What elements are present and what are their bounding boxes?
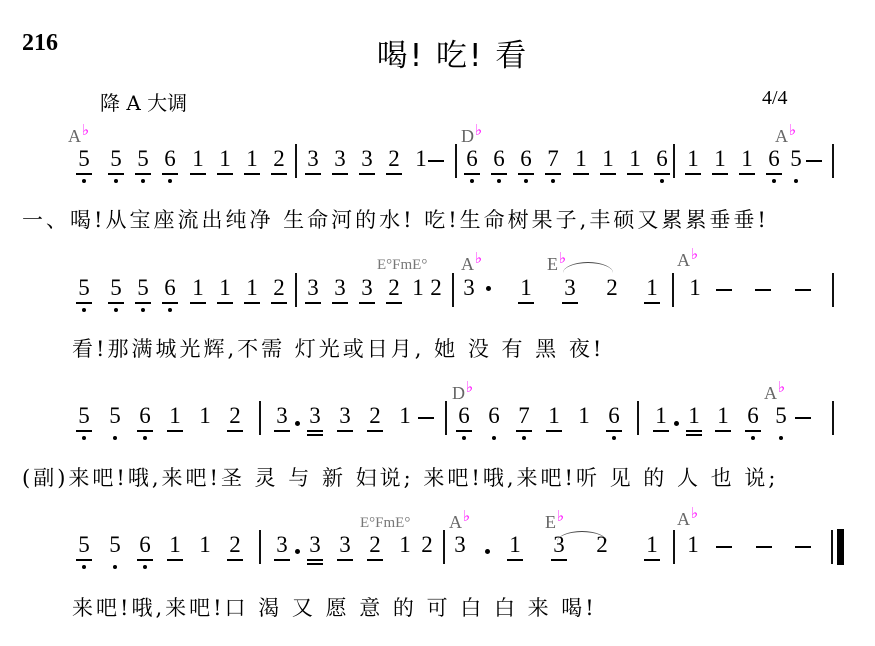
underline-eighth [518,302,534,304]
note-degree: 2 [369,403,381,428]
note: 2 [383,275,405,301]
note: 5 [105,146,127,172]
underline-eighth [685,173,701,175]
underline-eighth [274,559,290,561]
note: 7 [542,146,564,172]
underline-eighth [244,302,260,304]
note: 1 [194,403,216,429]
note: 6 [461,146,483,172]
note-degree: 2 [606,275,618,300]
note-degree: 1 [646,275,658,300]
note: 5 [104,532,126,558]
sustain-dash [806,160,822,162]
passing-chords: E°FmE° [377,257,427,274]
octave-down-dot [462,436,466,440]
underline-eighth [307,430,323,432]
underline-eighth [359,173,375,175]
underline-eighth [739,173,755,175]
chord-symbol: A♭ [764,383,785,404]
octave-down-dot [82,565,86,569]
underline-eighth [227,559,243,561]
barline [295,144,297,178]
barline [443,530,445,564]
note: 6 [483,403,505,429]
note-degree: 1 [169,532,181,557]
note-degree: 1 [688,403,700,428]
octave-down-dot [522,436,526,440]
note: 6 [515,146,537,172]
octave-down-dot [113,565,117,569]
note: 5 [73,532,95,558]
barline [452,273,454,307]
underline-eighth [135,173,151,175]
note: 1 [214,275,236,301]
note-degree: 2 [388,275,400,300]
note-degree: 1 [399,532,411,557]
note: 6 [134,403,156,429]
underline-eighth [162,302,178,304]
note-degree: 2 [430,275,442,300]
note-degree: 1 [578,403,590,428]
slur-tie [563,262,613,273]
barline [672,273,674,307]
note: 1 [573,403,595,429]
note: 5 [132,146,154,172]
chord-root: D [452,383,465,403]
note: 3 [271,532,293,558]
chord-root: A [68,126,81,146]
underline-eighth [644,559,660,561]
underline-eighth [190,173,206,175]
underline-eighth [190,302,206,304]
note: 6 [159,275,181,301]
underline-eighth [108,173,124,175]
note-degree: 6 [139,403,151,428]
note-degree: 1 [655,403,667,428]
note: 1 [241,146,263,172]
note-degree: 1 [246,275,258,300]
note-degree: 6 [768,146,780,171]
note-degree: 1 [246,146,258,171]
note: 1 [570,146,592,172]
underline-eighth [686,430,702,432]
note-degree: 7 [518,403,530,428]
note-degree: 6 [493,146,505,171]
underline-eighth [654,173,670,175]
flat-icon: ♭ [559,251,566,267]
chord-symbol: A♭ [677,250,698,271]
note-degree: 5 [137,146,149,171]
note-degree: 5 [78,403,90,428]
note: 1 [187,275,209,301]
note: 1 [515,275,537,301]
note-degree: 2 [388,146,400,171]
note: 1 [394,532,416,558]
lyric-line: 来吧!哦,来吧!口 渴 又 愿 意 的 可 白 白 来 喝! [72,592,597,622]
underline-eighth [766,173,782,175]
note-degree: 2 [229,532,241,557]
note-degree: 3 [276,532,288,557]
chord-root: A [449,512,462,532]
note-degree: 3 [339,403,351,428]
underline-eighth [332,173,348,175]
passing-chords: E°FmE° [360,515,410,532]
note: 2 [268,275,290,301]
note: 1 [682,146,704,172]
barline [259,530,261,564]
barline [455,144,457,178]
flat-icon: ♭ [691,247,698,263]
note-degree: 5 [109,403,121,428]
note-degree: 1 [714,146,726,171]
note-degree: 1 [629,146,641,171]
chord-symbol: A♭ [775,126,796,147]
note: 3 [449,532,471,558]
note: 6 [651,146,673,172]
underline-eighth [137,430,153,432]
note-degree: 3 [334,275,346,300]
chord-root: E [547,254,558,274]
note: 3 [329,146,351,172]
note: 5 [73,146,95,172]
note: 3 [304,403,326,429]
note-degree: 3 [276,403,288,428]
note-degree: 6 [164,275,176,300]
underline-eighth [491,173,507,175]
underline-eighth [76,559,92,561]
time-signature: 4/4 [762,87,788,110]
flat-icon: ♭ [475,251,482,267]
note: 1 [241,275,263,301]
note: 3 [302,275,324,301]
sustain-dash [428,160,444,162]
underline-eighth [606,430,622,432]
note-degree: 1 [192,146,204,171]
underline-eighth [562,302,578,304]
octave-down-dot [524,179,528,183]
note-degree: 2 [273,146,285,171]
note-degree: 3 [339,532,351,557]
note-degree: 3 [361,146,373,171]
note: 1 [683,403,705,429]
note: 1 [684,275,706,301]
underline-eighth [217,173,233,175]
underline-eighth [551,559,567,561]
flat-icon: ♭ [789,123,796,139]
chord-root: D [461,126,474,146]
underline-sixteenth [686,434,702,436]
note: 1 [187,146,209,172]
octave-down-dot [141,308,145,312]
barline [445,401,447,435]
note: 3 [304,532,326,558]
note-degree: 6 [458,403,470,428]
sustain-dash [755,289,771,291]
note-degree: 5 [775,403,787,428]
octave-down-dot [141,179,145,183]
note-degree: 6 [139,532,151,557]
note: 5 [104,403,126,429]
note-degree: 3 [309,403,321,428]
sustain-dash [418,417,434,419]
note: 6 [603,403,625,429]
note-degree: 6 [747,403,759,428]
barline [831,530,833,564]
octave-down-dot [168,308,172,312]
note-degree: 1 [646,532,658,557]
underline-eighth [271,173,287,175]
note: 3 [559,275,581,301]
note: 5 [770,403,792,429]
note: 2 [416,532,438,558]
barline [259,401,261,435]
barline [673,530,675,564]
underline-eighth [627,173,643,175]
note-degree: 6 [520,146,532,171]
chord-symbol: D♭ [461,126,482,147]
chord-root: A [677,250,690,270]
augmentation-dot [295,421,300,426]
chord-symbol: A♭ [677,509,698,530]
note-degree: 3 [307,146,319,171]
underline-eighth [76,302,92,304]
note: 3 [458,275,480,301]
note-degree: 1 [192,275,204,300]
note: 2 [224,403,246,429]
chord-root: A [677,509,690,529]
note-degree: 5 [110,146,122,171]
underline-eighth [386,173,402,175]
underline-eighth [518,173,534,175]
note-degree: 2 [273,275,285,300]
underline-eighth [167,559,183,561]
note: 1 [410,146,432,172]
note-degree: 1 [602,146,614,171]
flat-icon: ♭ [466,380,473,396]
note: 1 [682,532,704,558]
note: 1 [650,403,672,429]
note-degree: 3 [309,532,321,557]
chord-symbol: A♭ [68,126,89,147]
flat-icon: ♭ [475,123,482,139]
barline [832,401,834,435]
octave-down-dot [113,436,117,440]
underline-eighth [367,559,383,561]
underline-eighth [108,302,124,304]
note-degree: 1 [412,275,424,300]
note: 1 [597,146,619,172]
flat-icon: ♭ [691,506,698,522]
note: 1 [624,146,646,172]
lyric-line: 一、喝!从宝座流出纯净 生命河的水! 吃!生命树果子,丰硕又累累垂垂! [22,204,769,234]
note-degree: 2 [229,403,241,428]
underline-eighth [217,302,233,304]
note: 1 [712,403,734,429]
octave-down-dot [143,436,147,440]
note-degree: 1 [717,403,729,428]
note-degree: 3 [361,275,373,300]
underline-eighth [307,559,323,561]
note-degree: 5 [78,275,90,300]
note: 2 [268,146,290,172]
note: 5 [73,275,95,301]
note: 1 [543,403,565,429]
note: 1 [164,403,186,429]
note-degree: 1 [399,403,411,428]
note-degree: 3 [307,275,319,300]
note-degree: 1 [689,275,701,300]
note-degree: 7 [547,146,559,171]
note-degree: 1 [548,403,560,428]
underline-eighth [137,559,153,561]
note-degree: 1 [687,146,699,171]
note: 1 [709,146,731,172]
sustain-dash [795,417,811,419]
note: 6 [488,146,510,172]
note-degree: 1 [741,146,753,171]
note-degree: 3 [454,532,466,557]
note: 6 [453,403,475,429]
note: 3 [334,403,356,429]
sustain-dash [795,289,811,291]
underline-eighth [162,173,178,175]
note: 5 [132,275,154,301]
note-degree: 1 [169,403,181,428]
sustain-dash [756,546,772,548]
note-degree: 1 [219,146,231,171]
note-degree: 5 [109,532,121,557]
octave-down-dot [612,436,616,440]
note: 2 [425,275,447,301]
augmentation-dot [486,286,491,291]
underline-eighth [745,430,761,432]
note-degree: 6 [608,403,620,428]
note-degree: 1 [199,532,211,557]
note: 6 [159,146,181,172]
note-degree: 1 [415,146,427,171]
octave-down-dot [551,179,555,183]
underline-eighth [712,173,728,175]
flat-icon: ♭ [557,509,564,525]
underline-eighth [386,302,402,304]
note-degree: 6 [488,403,500,428]
note: 1 [641,532,663,558]
note: 2 [364,532,386,558]
underline-eighth [545,173,561,175]
note: 1 [214,146,236,172]
underline-eighth [600,173,616,175]
flat-icon: ♭ [778,380,785,396]
underline-eighth [135,302,151,304]
barline [295,273,297,307]
flat-icon: ♭ [463,509,470,525]
note-degree: 5 [110,275,122,300]
flat-icon: ♭ [82,123,89,139]
underline-eighth [337,430,353,432]
note-degree: 2 [369,532,381,557]
octave-down-dot [779,436,783,440]
underline-eighth [464,173,480,175]
note-degree: 1 [219,275,231,300]
underline-eighth [573,173,589,175]
note: 1 [194,532,216,558]
underline-eighth [274,430,290,432]
barline [832,144,834,178]
underline-eighth [359,302,375,304]
note-degree: 3 [564,275,576,300]
underline-eighth [305,302,321,304]
note: 5 [785,146,807,172]
song-title: 喝! 吃! 看 [0,30,875,75]
note: 5 [73,403,95,429]
octave-down-dot [168,179,172,183]
note-degree: 1 [199,403,211,428]
underline-eighth [244,173,260,175]
underline-eighth [76,430,92,432]
note: 2 [224,532,246,558]
underline-eighth [367,430,383,432]
underline-eighth [516,430,532,432]
chord-root: A [764,383,777,403]
barline [832,273,834,307]
underline-eighth [167,430,183,432]
note: 7 [513,403,535,429]
octave-down-dot [143,565,147,569]
chord-symbol: A♭ [461,254,482,275]
octave-down-dot [82,179,86,183]
note-degree: 1 [509,532,521,557]
note: 3 [356,146,378,172]
note: 2 [364,403,386,429]
note-degree: 3 [463,275,475,300]
note: 6 [742,403,764,429]
sustain-dash [795,546,811,548]
note-degree: 5 [78,532,90,557]
underline-eighth [332,302,348,304]
octave-down-dot [82,436,86,440]
note: 3 [329,275,351,301]
underline-eighth [715,430,731,432]
lyric-line: (副)来吧!哦,来吧!圣 灵 与 新 妇说; 来吧!哦,来吧!听 见 的 人 也… [22,462,778,492]
note: 2 [383,146,405,172]
note: 3 [334,532,356,558]
underline-eighth [456,430,472,432]
sustain-dash [716,546,732,548]
octave-down-dot [114,179,118,183]
octave-down-dot [660,179,664,183]
octave-down-dot [82,308,86,312]
octave-down-dot [470,179,474,183]
note: 6 [763,146,785,172]
note: 6 [134,532,156,558]
octave-down-dot [492,436,496,440]
underline-sixteenth [307,434,323,436]
underline-eighth [76,173,92,175]
note: 2 [601,275,623,301]
underline-eighth [644,302,660,304]
octave-down-dot [497,179,501,183]
note: 3 [302,146,324,172]
note: 1 [641,275,663,301]
note: 1 [164,532,186,558]
key-signature: 降 A 大调 [100,87,187,116]
underline-eighth [337,559,353,561]
chord-symbol: E♭ [545,512,564,533]
note-degree: 5 [78,146,90,171]
underline-eighth [305,173,321,175]
barline [673,144,675,178]
note-degree: 2 [421,532,433,557]
